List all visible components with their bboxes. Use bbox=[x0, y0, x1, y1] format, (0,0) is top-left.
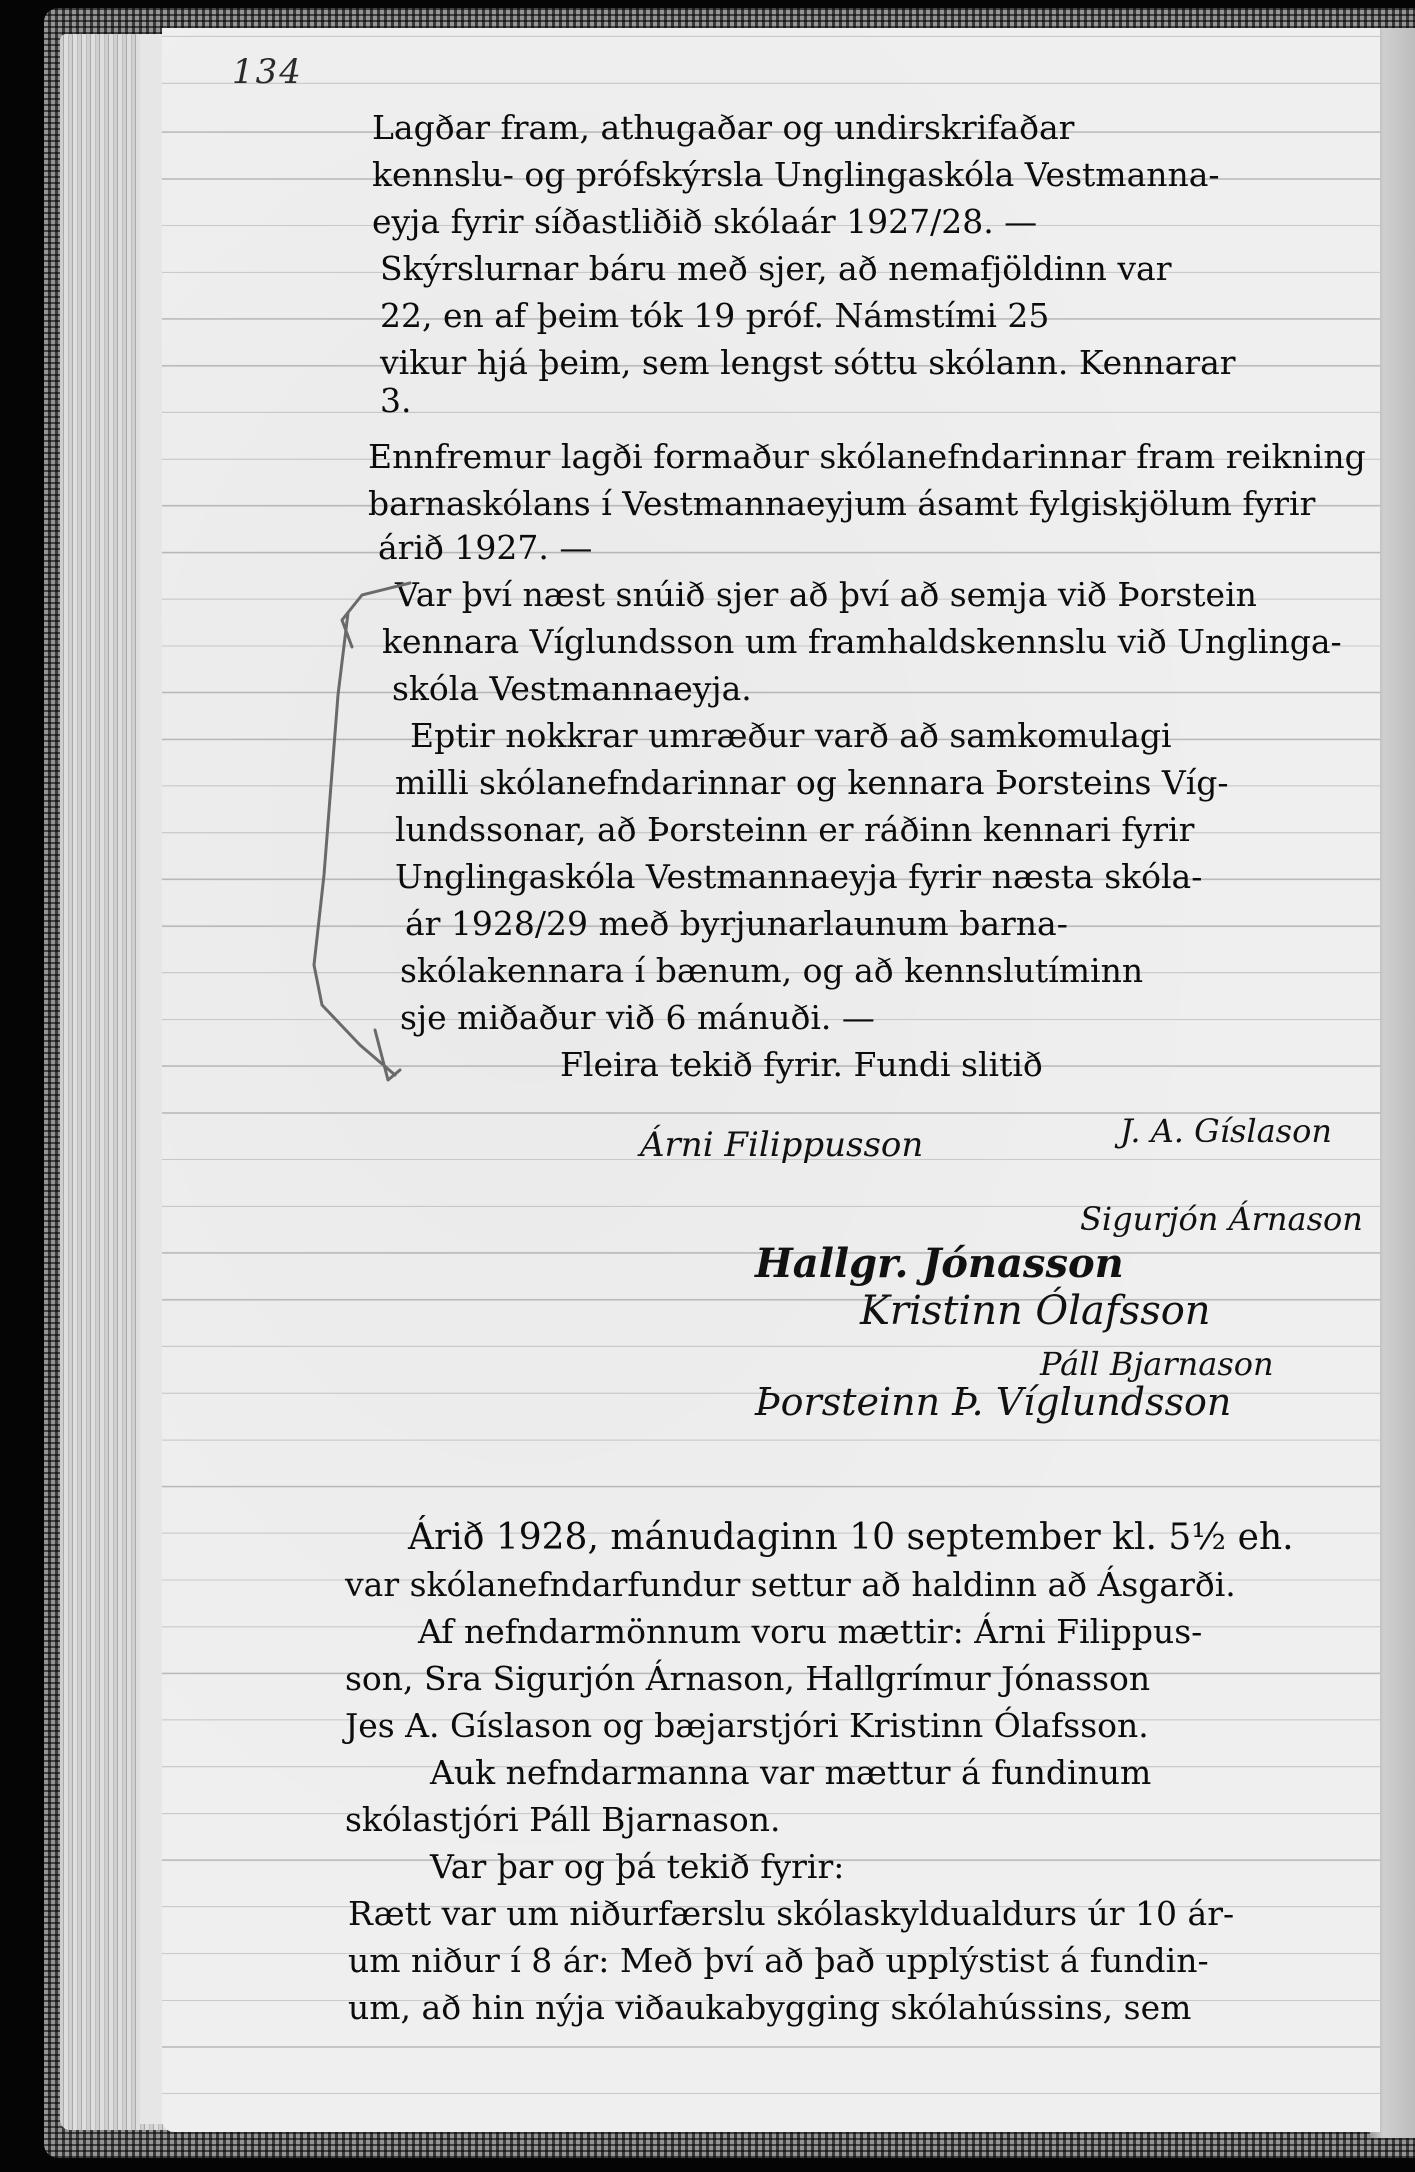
text-line: lundssonar, að Þorsteinn er ráðinn kenna… bbox=[395, 807, 1194, 853]
signature: Kristinn Ólafsson bbox=[860, 1288, 1211, 1334]
signature: Páll Bjarnason bbox=[1040, 1345, 1274, 1383]
text-line: sje miðaður við 6 mánuði. — bbox=[400, 995, 875, 1041]
signature: Árni Filippusson bbox=[640, 1125, 923, 1165]
text-line: Lagðar fram, athugaðar og undirskrifaðar bbox=[372, 105, 1074, 151]
text-line: Ennfremur lagði formaður skólanefndarinn… bbox=[368, 434, 1366, 480]
text-line: Árið 1928, mánudaginn 10 september kl. 5… bbox=[408, 1515, 1294, 1561]
text-line: um, að hin nýja viðaukabygging skólahúss… bbox=[348, 1985, 1191, 2031]
text-line: Var því næst snúið sjer að því að semja … bbox=[395, 572, 1257, 618]
text-line: árið 1927. — bbox=[378, 525, 592, 571]
text-line: Af nefndarmönnum voru mættir: Árni Filip… bbox=[418, 1609, 1202, 1655]
text-line: Unglingaskóla Vestmannaeyja fyrir næsta … bbox=[395, 854, 1202, 900]
text-line: barnaskólans í Vestmannaeyjum ásamt fylg… bbox=[368, 481, 1315, 527]
text-line: skóla Vestmannaeyja. bbox=[392, 666, 752, 712]
text-line: 22, en af þeim tók 19 próf. Námstími 25 bbox=[380, 293, 1049, 339]
text-line: vikur hjá þeim, sem lengst sóttu skólann… bbox=[380, 340, 1236, 386]
signature: Sigurjón Árnason bbox=[1080, 1200, 1363, 1238]
signature: Hallgr. Jónasson bbox=[755, 1240, 1124, 1287]
pencil-bracket-mark bbox=[300, 575, 420, 1085]
text-line: Fleira tekið fyrir. Fundi slitið bbox=[560, 1042, 1043, 1088]
text-line: kennslu- og prófskýrsla Unglingaskóla Ve… bbox=[372, 152, 1220, 198]
text-line: milli skólanefndarinnar og kennara Þorst… bbox=[395, 760, 1229, 806]
text-line: Jes A. Gíslason og bæjarstjóri Kristinn … bbox=[345, 1703, 1149, 1749]
text-line: son, Sra Sigurjón Árnason, Hallgrímur Jó… bbox=[345, 1656, 1150, 1702]
signature: Þorsteinn Þ. Víglundsson bbox=[755, 1380, 1231, 1424]
text-line: um niður í 8 ár: Með því að það upplýsti… bbox=[348, 1938, 1209, 1984]
text-line: ár 1928/29 með byrjunarlaunum barna- bbox=[405, 901, 1068, 947]
text-line: Var þar og þá tekið fyrir: bbox=[430, 1844, 844, 1890]
text-line: skólastjóri Páll Bjarnason. bbox=[345, 1797, 781, 1843]
signature: J. A. Gíslason bbox=[1120, 1112, 1332, 1150]
page-number: 134 bbox=[232, 52, 303, 92]
text-line: var skólanefndarfundur settur að haldinn… bbox=[345, 1562, 1236, 1608]
text-line: Eptir nokkrar umræður varð að samkomulag… bbox=[410, 713, 1172, 759]
text-line: eyja fyrir síðastliðið skólaár 1927/28. … bbox=[372, 199, 1037, 245]
text-line: Skýrslurnar báru með sjer, að nemafjöldi… bbox=[380, 246, 1171, 292]
text-line: 3. bbox=[380, 378, 412, 424]
text-line: skólakennara í bænum, og að kennslutímin… bbox=[400, 948, 1143, 994]
text-line: kennara Víglundsson um framhaldskennslu … bbox=[382, 619, 1342, 665]
text-line: Rætt var um niðurfærslu skólaskyldualdur… bbox=[348, 1891, 1234, 1937]
text-line: Auk nefndarmanna var mættur á fundinum bbox=[430, 1750, 1151, 1796]
